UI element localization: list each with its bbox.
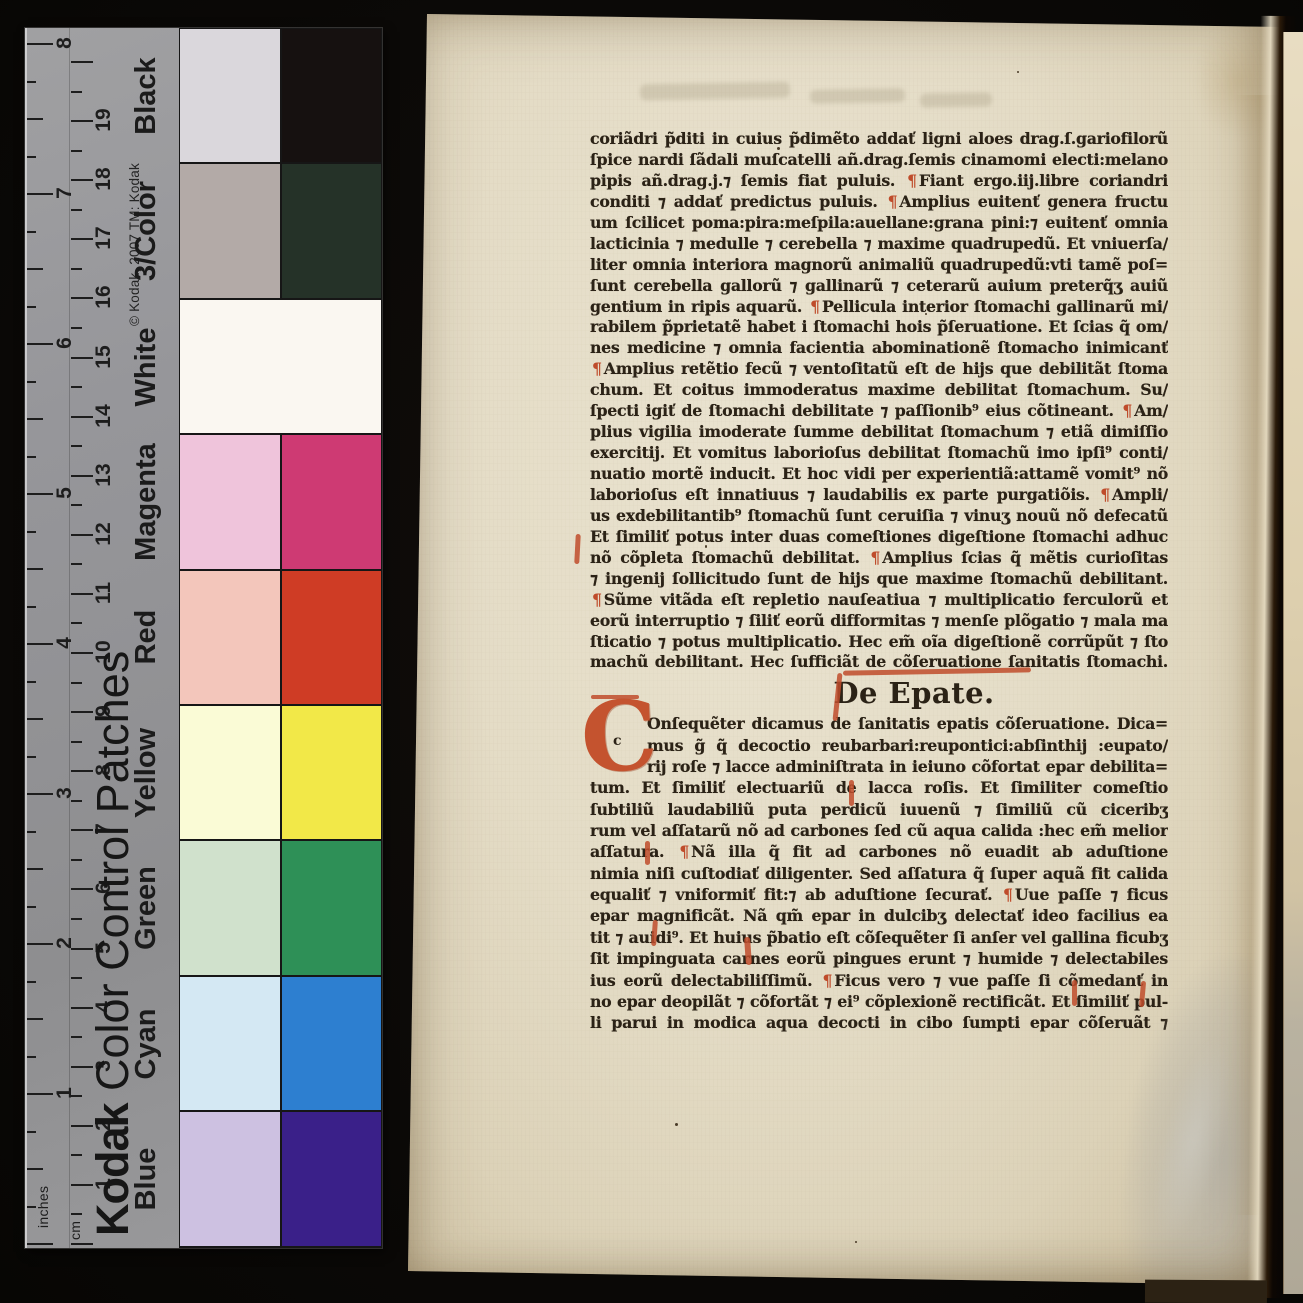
ruler-tick (71, 534, 93, 536)
facing-page-strip (1283, 32, 1303, 1294)
ruler-tick (27, 981, 36, 983)
ruler-tick (71, 918, 82, 920)
patch-swatch-light (180, 29, 280, 162)
ruler-tick (71, 475, 93, 477)
patch-label: White (129, 297, 163, 437)
patch-label: Green (129, 838, 163, 978)
ruler-number: 19 (93, 107, 115, 133)
ruler-number: 12 (93, 521, 115, 547)
ruler-tick (27, 606, 36, 608)
ruler-number: 3 (54, 780, 76, 806)
ruler-tick (71, 622, 82, 624)
ruler-tick (71, 445, 82, 447)
ruler-number: 8 (54, 30, 76, 56)
ruler-tick (71, 357, 93, 359)
ruler-tick (27, 718, 43, 720)
ruler-tick (71, 238, 93, 240)
ruler-tick (71, 91, 82, 93)
patch-label: 3/Color (129, 161, 163, 301)
ruler-tick (27, 568, 43, 570)
ruler-tick (27, 418, 43, 420)
ruler-number: 18 (93, 166, 115, 192)
ruler-tick (27, 1018, 43, 1020)
ruler-tick (27, 381, 36, 383)
patch-row-green (179, 840, 382, 975)
ruler-tick (71, 682, 82, 684)
patch-row-cyan (179, 976, 382, 1111)
patch-swatch-strong (282, 706, 381, 839)
digitization-photo: 1234567812345678910111213141516171819 in… (0, 0, 1303, 1303)
ruler-tick (71, 61, 93, 63)
ruler-tick (71, 977, 82, 979)
patch-swatch-strong (282, 977, 381, 1110)
patch-label: Blue (129, 1109, 163, 1249)
ruler-tick (27, 43, 53, 45)
ruler-number: 5 (54, 480, 76, 506)
patch-label: Magenta (129, 432, 163, 572)
page-edge-shading (405, 5, 1287, 1297)
patch-label: Black (129, 26, 163, 166)
ruler-tick (71, 297, 93, 299)
patch-row-red (179, 570, 382, 705)
ruler-number: 6 (54, 330, 76, 356)
ruler-tick (27, 343, 53, 345)
patch-swatch-light (180, 1112, 280, 1245)
ruler-tick (27, 231, 36, 233)
ruler-tick (71, 209, 82, 211)
ruler-tick (71, 416, 93, 418)
ruler-number: 14 (93, 403, 115, 429)
patch-swatch-light (180, 706, 280, 839)
ruler-number: 15 (93, 344, 115, 370)
ruler-tick (71, 563, 82, 565)
ruler-tick (27, 156, 36, 158)
ruler-tick (71, 1036, 82, 1038)
patch-swatch-strong (282, 29, 381, 162)
ruler-tick (27, 906, 36, 908)
ruler-tick (27, 1056, 36, 1058)
ruler-tick (27, 81, 36, 83)
kodak-color-card: 1234567812345678910111213141516171819 in… (25, 28, 382, 1248)
patch-swatch-light (180, 435, 280, 568)
ruler-tick (27, 1131, 36, 1133)
patch-row-magenta (179, 434, 382, 569)
inches-label: inches (35, 1186, 51, 1228)
patch-swatch-strong (282, 435, 381, 568)
ruler-number: 16 (93, 284, 115, 310)
ruler-number: 1 (54, 1080, 76, 1106)
patch-swatch-strong (282, 571, 381, 704)
patch-swatch-full (180, 300, 381, 433)
ruler-tick (27, 831, 36, 833)
ruler-tick (71, 859, 82, 861)
patch-label: Yellow (129, 703, 163, 843)
ruler-tick (27, 868, 43, 870)
ruler-tick (27, 531, 36, 533)
ruler-number: 4 (54, 630, 76, 656)
patch-row-blue (179, 1111, 382, 1246)
ruler-tick (71, 741, 82, 743)
cm-label: cm (67, 1221, 83, 1240)
ruler-tick (27, 493, 53, 495)
ruler-number: 17 (93, 225, 115, 251)
ruler-tick (27, 681, 36, 683)
ruler-tick (27, 643, 53, 645)
patch-swatch-strong (282, 841, 381, 974)
patch-swatch-light (180, 841, 280, 974)
page-bottom-sliver (1145, 1280, 1267, 1303)
ruler-tick (27, 943, 53, 945)
ruler-tick (71, 150, 82, 152)
ruler-tick (71, 1213, 82, 1215)
ruler-tick (27, 756, 36, 758)
ruler-number: 7 (54, 180, 76, 206)
patch-row-black (179, 28, 382, 163)
ruler-tick (71, 120, 93, 122)
ruler-tick (27, 793, 53, 795)
ruler-tick (27, 193, 53, 195)
ruler-tick (71, 327, 82, 329)
ruler-tick (71, 268, 82, 270)
ruler-number: 2 (54, 930, 76, 956)
ruler-number: 13 (93, 462, 115, 488)
patch-row-yellow (179, 705, 382, 840)
patch-row-3-color (179, 163, 382, 298)
patch-label: Red (129, 567, 163, 707)
ruler-tick (71, 1243, 93, 1245)
patch-swatch-light (180, 571, 280, 704)
patch-swatch-light (180, 164, 280, 297)
patch-swatch-light (180, 977, 280, 1110)
ruler-tick (27, 268, 43, 270)
patch-swatch-strong (282, 164, 381, 297)
ruler-tick (27, 306, 36, 308)
ruler-tick (27, 1093, 53, 1095)
ruler-tick (71, 386, 82, 388)
patch-row-white (179, 299, 382, 434)
strip-stain (1284, 890, 1303, 1294)
ruler-tick (27, 1243, 53, 1245)
ruler-tick (71, 1154, 82, 1156)
ruler-tick (27, 1168, 43, 1170)
ruler-tick (27, 456, 36, 458)
patch-label: Cyan (129, 974, 163, 1114)
book-page: coriãdri p̃diti in cuius p̃dimẽto addať … (405, 5, 1287, 1297)
patch-swatch-strong (282, 1112, 381, 1245)
patch-grid (179, 28, 382, 1248)
ruler-tick (27, 118, 43, 120)
